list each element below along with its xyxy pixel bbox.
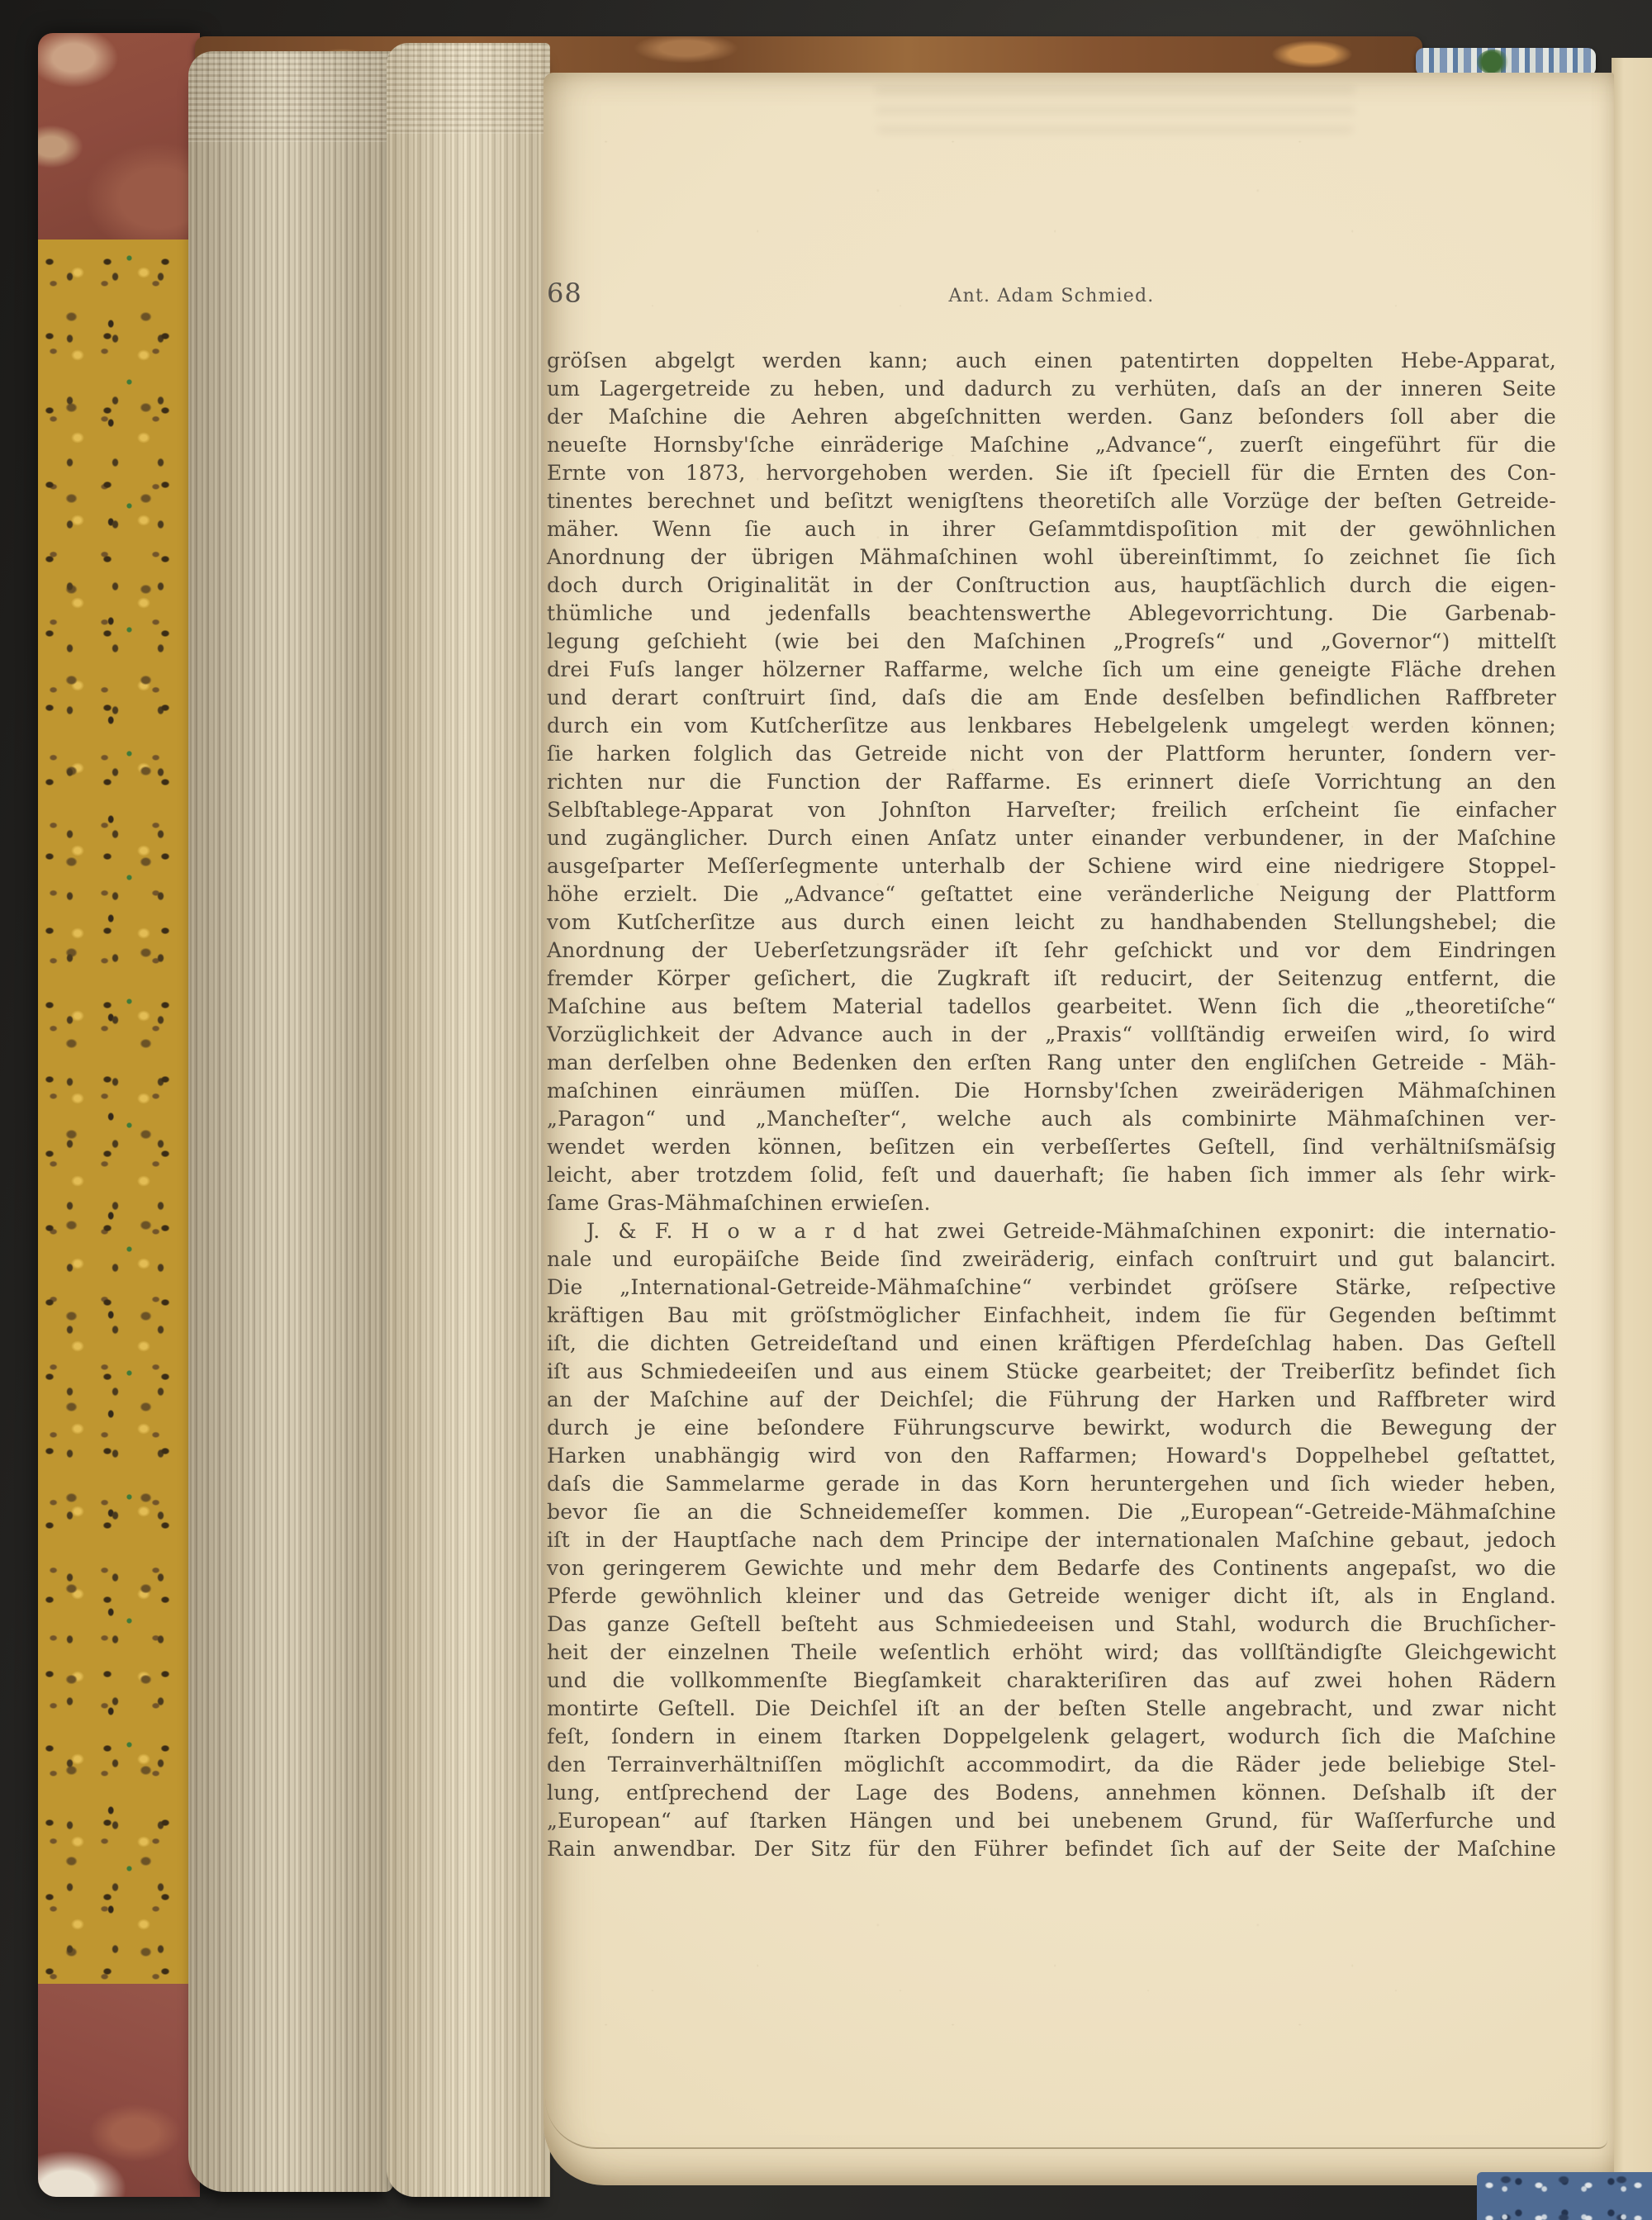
headband-tuft xyxy=(1477,50,1510,74)
cover-marbled-paper xyxy=(38,240,200,1984)
text-line: den Terrainverhältniſſen möglichſt accom… xyxy=(547,1751,1556,1779)
text-line: thümliche und jedenfalls beachtenswerthe… xyxy=(547,600,1556,628)
text-line: lung, entſprechend der Lage des Bodens, … xyxy=(547,1779,1556,1807)
text-line: drei Fuſs langer hölzerner Raffarme, wel… xyxy=(547,656,1556,684)
text-line: nale und europäiſche Beide ſind zweiräde… xyxy=(547,1245,1556,1274)
text-line: ſie harken folglich das Getreide nicht v… xyxy=(547,740,1556,768)
page-stack-fore-edge-outer xyxy=(188,51,393,2192)
text-line: iſt, die dichten Getreideſtand und einen… xyxy=(547,1330,1556,1358)
text-line: legung geſchieht (wie bei den Maſchinen … xyxy=(547,628,1556,656)
text-line: Harken unabhängig wird von den Raffarmen… xyxy=(547,1442,1556,1470)
text-line: heit der einzelnen Theile weſentlich erh… xyxy=(547,1639,1556,1667)
page-stack-fore-edge-inner xyxy=(387,43,550,2197)
text-line: J. & F. H o w a r d hat zwei Getreide-Mä… xyxy=(547,1217,1556,1245)
text-line: kräftigen Bau mit gröſstmöglicher Einfac… xyxy=(547,1302,1556,1330)
text-line: „Paragon“ und „Mancheſter“, welche auch … xyxy=(547,1105,1556,1133)
text-line: Anordnung der übrigen Mähmaſchinen wohl … xyxy=(547,543,1556,572)
text-line: Die „International-Getreide-Mähmaſchine“… xyxy=(547,1274,1556,1302)
text-line: maſchinen einräumen müſſen. Die Hornsby'… xyxy=(547,1077,1556,1105)
text-line: durch ein vom Kutſcherſitze aus lenkbare… xyxy=(547,712,1556,740)
cover-leather-corner-top xyxy=(38,33,200,240)
text-line: der Maſchine die Aehren abgeſchnitten we… xyxy=(547,403,1556,431)
text-line: von geringerem Gewichte und mehr dem Bed… xyxy=(547,1554,1556,1582)
text-line: vom Kutſcherſitze aus durch einen leicht… xyxy=(547,908,1556,937)
text-line: bevor ſie an die Schneidemeſſer kommen. … xyxy=(547,1498,1556,1526)
text-line: Anordnung der Ueberſetzungsräder iſt ſeh… xyxy=(547,937,1556,965)
text-line: fremder Körper geſichert, die Zugkraft i… xyxy=(547,965,1556,993)
text-line: ausgeſparter Meſſerſegmente unterhalb de… xyxy=(547,852,1556,880)
text-line: iſt in der Hauptſache nach dem Principe … xyxy=(547,1526,1556,1554)
text-line: feſt, ſondern in einem ſtarken Doppelgel… xyxy=(547,1723,1556,1751)
text-line: ſame Gras-Mähmaſchinen erwieſen. xyxy=(547,1189,1556,1217)
text-line: und zugänglicher. Durch einen Anſatz unt… xyxy=(547,824,1556,852)
text-line: um Lagergetreide zu heben, und dadurch z… xyxy=(547,375,1556,403)
next-page-sliver xyxy=(1612,58,1652,2185)
text-line: Pferde gewöhnlich kleiner und das Getrei… xyxy=(547,1582,1556,1610)
text-line: mäher. Wenn ſie auch in ihrer Geſammtdis… xyxy=(547,515,1556,543)
text-line: „European“ auf ſtarken Hängen und bei un… xyxy=(547,1807,1556,1835)
text-line: neueſte Hornsby'ſche einräderige Maſchin… xyxy=(547,431,1556,459)
text-line: montirte Geſtell. Die Deichſel iſt an de… xyxy=(547,1695,1556,1723)
book-cover-edge xyxy=(38,33,200,2197)
text-line: und derart conſtruirt ſind, daſs die am … xyxy=(547,684,1556,712)
marbled-endpaper-corner xyxy=(1477,2172,1652,2220)
text-line: wendet werden können, beſitzen ein verbe… xyxy=(547,1133,1556,1161)
text-line: Vorzüglichkeit der Advance auch in der „… xyxy=(547,1021,1556,1049)
text-line: iſt aus Schmiedeeiſen und aus einem Stüc… xyxy=(547,1358,1556,1386)
text-line: doch durch Originalität in der Conſtruct… xyxy=(547,572,1556,600)
text-line: Maſchine aus beſtem Material tadellos ge… xyxy=(547,993,1556,1021)
text-line: leicht, aber trotzdem ſolid, feſt und da… xyxy=(547,1161,1556,1189)
text-line: tinentes berechnet und beſitzt wenigſten… xyxy=(547,487,1556,515)
underlying-page-edge xyxy=(545,2098,1607,2149)
page-text: gröſsen abgelgt werden kann; auch einen … xyxy=(547,347,1556,1863)
text-line: richten nur die Function der Raffarme. E… xyxy=(547,768,1556,796)
text-line: gröſsen abgelgt werden kann; auch einen … xyxy=(547,347,1556,375)
text-line: durch je eine beſondere Führungscurve be… xyxy=(547,1414,1556,1442)
text-line: Das ganze Geſtell beſteht aus Schmiedeei… xyxy=(547,1610,1556,1639)
text-line: Rain anwendbar. Der Sitz für den Führer … xyxy=(547,1835,1556,1863)
text-line: daſs die Sammelarme gerade in das Korn h… xyxy=(547,1470,1556,1498)
text-line: Ernte von 1873, hervorgehoben werden. Si… xyxy=(547,459,1556,487)
text-line: Selbſtablege-Apparat von Johnſton Harveſ… xyxy=(547,796,1556,824)
running-title: Ant. Adam Schmied. xyxy=(547,286,1556,306)
text-line: und die vollkommenſte Biegſamkeit charak… xyxy=(547,1667,1556,1695)
text-line: höhe erzielt. Die „Advance“ geſtattet ei… xyxy=(547,880,1556,908)
verso-show-through xyxy=(876,76,1355,134)
text-line: an der Maſchine auf der Deichſel; die Fü… xyxy=(547,1386,1556,1414)
text-line: man derſelben ohne Bedenken den erſten R… xyxy=(547,1049,1556,1077)
cover-leather-corner-bottom xyxy=(38,1984,200,2197)
